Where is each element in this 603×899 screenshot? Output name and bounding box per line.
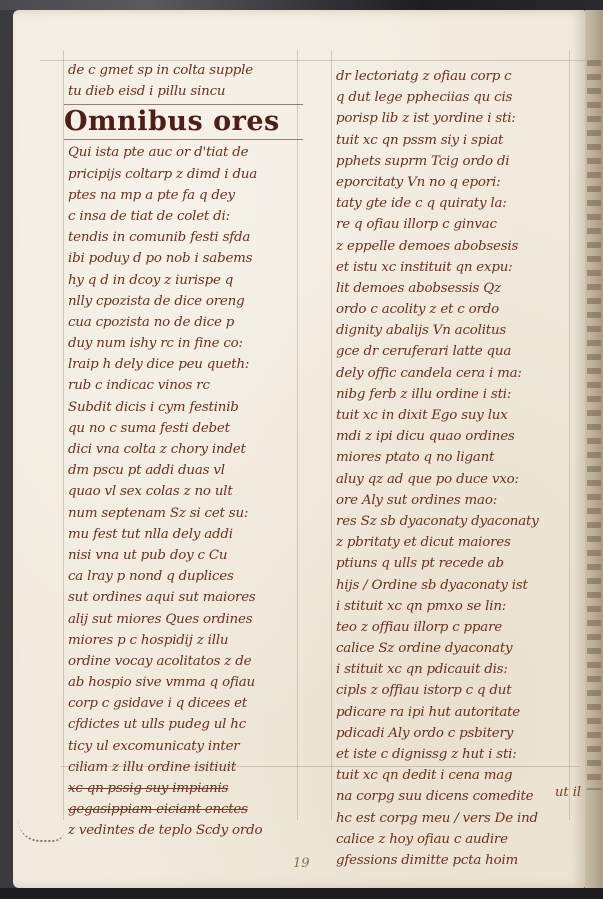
text-line: ticy ul excomunicaty inter <box>68 736 303 757</box>
text-line: calice z hoy ofiau c audire <box>336 829 576 850</box>
text-line: alij sut miores Ques ordines <box>68 609 303 630</box>
text-line: re q ofiau illorp c ginvac <box>336 214 576 235</box>
text-line: gce dr ceruferari latte qua <box>336 341 576 362</box>
text-line: Subdit dicis i cym festinib <box>68 397 303 418</box>
text-line: c insa de tiat de colet di: <box>68 206 303 227</box>
text-line: dignity abalijs Vn acolitus <box>336 320 576 341</box>
right-text-column: dr lectoriatg z ofiau corp c q dut lege … <box>336 66 576 871</box>
text-line: z pbritaty et dicut maiores <box>336 532 576 553</box>
text-line: quao vl sex colas z no ult <box>68 481 303 502</box>
left-text-column: de c gmet sp in colta supple tu dieb eis… <box>68 60 303 842</box>
ruling-left-outer <box>63 50 64 820</box>
text-line: tu dieb eisd i pillu sincu <box>68 81 303 102</box>
text-line: mdi z ipi dicu quao ordines <box>336 426 576 447</box>
catchword-margin-note: ut il <box>555 785 581 800</box>
text-line: q dut lege ppheciias qu cis <box>336 87 576 108</box>
text-line: tendis in comunib festi sfda <box>68 227 303 248</box>
text-line: et iste c dignissg z hut i sti: <box>336 744 576 765</box>
text-line: i stituit xc qn pmxo se lin: <box>336 596 576 617</box>
text-line: Qui ista pte auc or d'tiat de <box>68 142 303 163</box>
text-line: tuit xc qn pssm siy i spiat <box>336 130 576 151</box>
scanner-top-edge <box>0 0 603 10</box>
text-line: tuit xc qn dedit i cena mag <box>336 765 576 786</box>
struck-text-line: xc qn pssig suy impianis <box>68 778 303 799</box>
text-line: qu no c suma festi debet <box>68 418 303 439</box>
text-line: nibg ferb z illu ordine i sti: <box>336 384 576 405</box>
text-line: tuit xc in dixit Ego suy lux <box>336 405 576 426</box>
text-line: taty gte ide c q quiraty la: <box>336 193 576 214</box>
text-line: et istu xc instituit qn expu: <box>336 257 576 278</box>
bleed-through-text <box>587 60 601 790</box>
text-line: hijs / Ordine sb dyaconaty ist <box>336 575 576 596</box>
text-line: gfessions dimitte pcta hoim <box>336 850 576 871</box>
text-line: ordine vocay acolitatos z de <box>68 651 303 672</box>
text-line: pphets suprm Tcig ordo di <box>336 151 576 172</box>
text-line: ptiuns q ulls pt recede ab <box>336 553 576 574</box>
text-line: ca lray p nond q duplices <box>68 566 303 587</box>
text-line: eporcitaty Vn no q epori: <box>336 172 576 193</box>
text-line: hy q d in dcoy z iurispe q <box>68 270 303 291</box>
text-line: lit demoes abobsessis Qz <box>336 278 576 299</box>
text-line: mu fest tut nlla dely addi <box>68 524 303 545</box>
text-line: duy num ishy rc in fine co: <box>68 333 303 354</box>
text-line: ordo c acolity z et c ordo <box>336 299 576 320</box>
text-line: aluy qz ad que po duce vxo: <box>336 469 576 490</box>
text-line: ptes na mp a pte fa q dey <box>68 185 303 206</box>
text-line: nlly cpozista de dice oreng <box>68 291 303 312</box>
ruling-right-outer <box>331 50 332 820</box>
text-line: pricipijs coltarp z dimd i dua <box>68 164 303 185</box>
text-line: ciliam z illu ordine isitiuit <box>68 757 303 778</box>
folio-number: 19 <box>293 856 310 871</box>
text-line: dely offic candela cera i ma: <box>336 363 576 384</box>
text-line: nisi vna ut pub doy c Cu <box>68 545 303 566</box>
struck-text-line: gegasippiam eiciant enctes <box>68 799 303 820</box>
text-line: na corpg suu dicens comedite <box>336 786 576 807</box>
scanner-bottom-edge <box>0 888 603 899</box>
text-line: cua cpozista no de dice p <box>68 312 303 333</box>
text-line: teo z offiau illorp c ppare <box>336 617 576 638</box>
text-line: ibi poduy d po nob i sabems <box>68 248 303 269</box>
text-line: z vedintes de teplo Scdy ordo <box>68 820 303 841</box>
text-line: de c gmet sp in colta supple <box>68 60 303 81</box>
text-line: miores p c hospidij z illu <box>68 630 303 651</box>
text-line: calice Sz ordine dyaconaty <box>336 638 576 659</box>
text-line: lraip h dely dice peu queth: <box>68 354 303 375</box>
text-line: ore Aly sut ordines mao: <box>336 490 576 511</box>
text-line: rub c indicac vinos rc <box>68 375 303 396</box>
rubric-heading: Omnibus ores <box>64 104 303 140</box>
text-line: pdicare ra ipi hut autoritate <box>336 702 576 723</box>
text-line: hc est corpg meu / vers De ind <box>336 808 576 829</box>
text-line: res Sz sb dyaconaty dyaconaty <box>336 511 576 532</box>
text-line: corp c gsidave i q dicees et <box>68 693 303 714</box>
text-line: cipls z offiau istorp c q dut <box>336 680 576 701</box>
next-page-edge <box>585 10 603 888</box>
text-line: ab hospio sive vmma q ofiau <box>68 672 303 693</box>
text-line: sut ordines aqui sut maiores <box>68 587 303 608</box>
text-line: dr lectoriatg z ofiau corp c <box>336 66 576 87</box>
text-line: i stituit xc qn pdicauit dis: <box>336 659 576 680</box>
text-line: dici vna colta z chory indet <box>68 439 303 460</box>
text-line: z eppelle demoes abobsesis <box>336 236 576 257</box>
text-line: porisp lib z ist yordine i sti: <box>336 108 576 129</box>
text-line: num septenam Sz si cet su: <box>68 503 303 524</box>
text-line: cfdictes ut ulls pudeg ul hc <box>68 714 303 735</box>
text-line: miores ptato q no ligant <box>336 447 576 468</box>
text-line: dm pscu pt addi duas vl <box>68 460 303 481</box>
text-line: pdicadi Aly ordo c psbitery <box>336 723 576 744</box>
